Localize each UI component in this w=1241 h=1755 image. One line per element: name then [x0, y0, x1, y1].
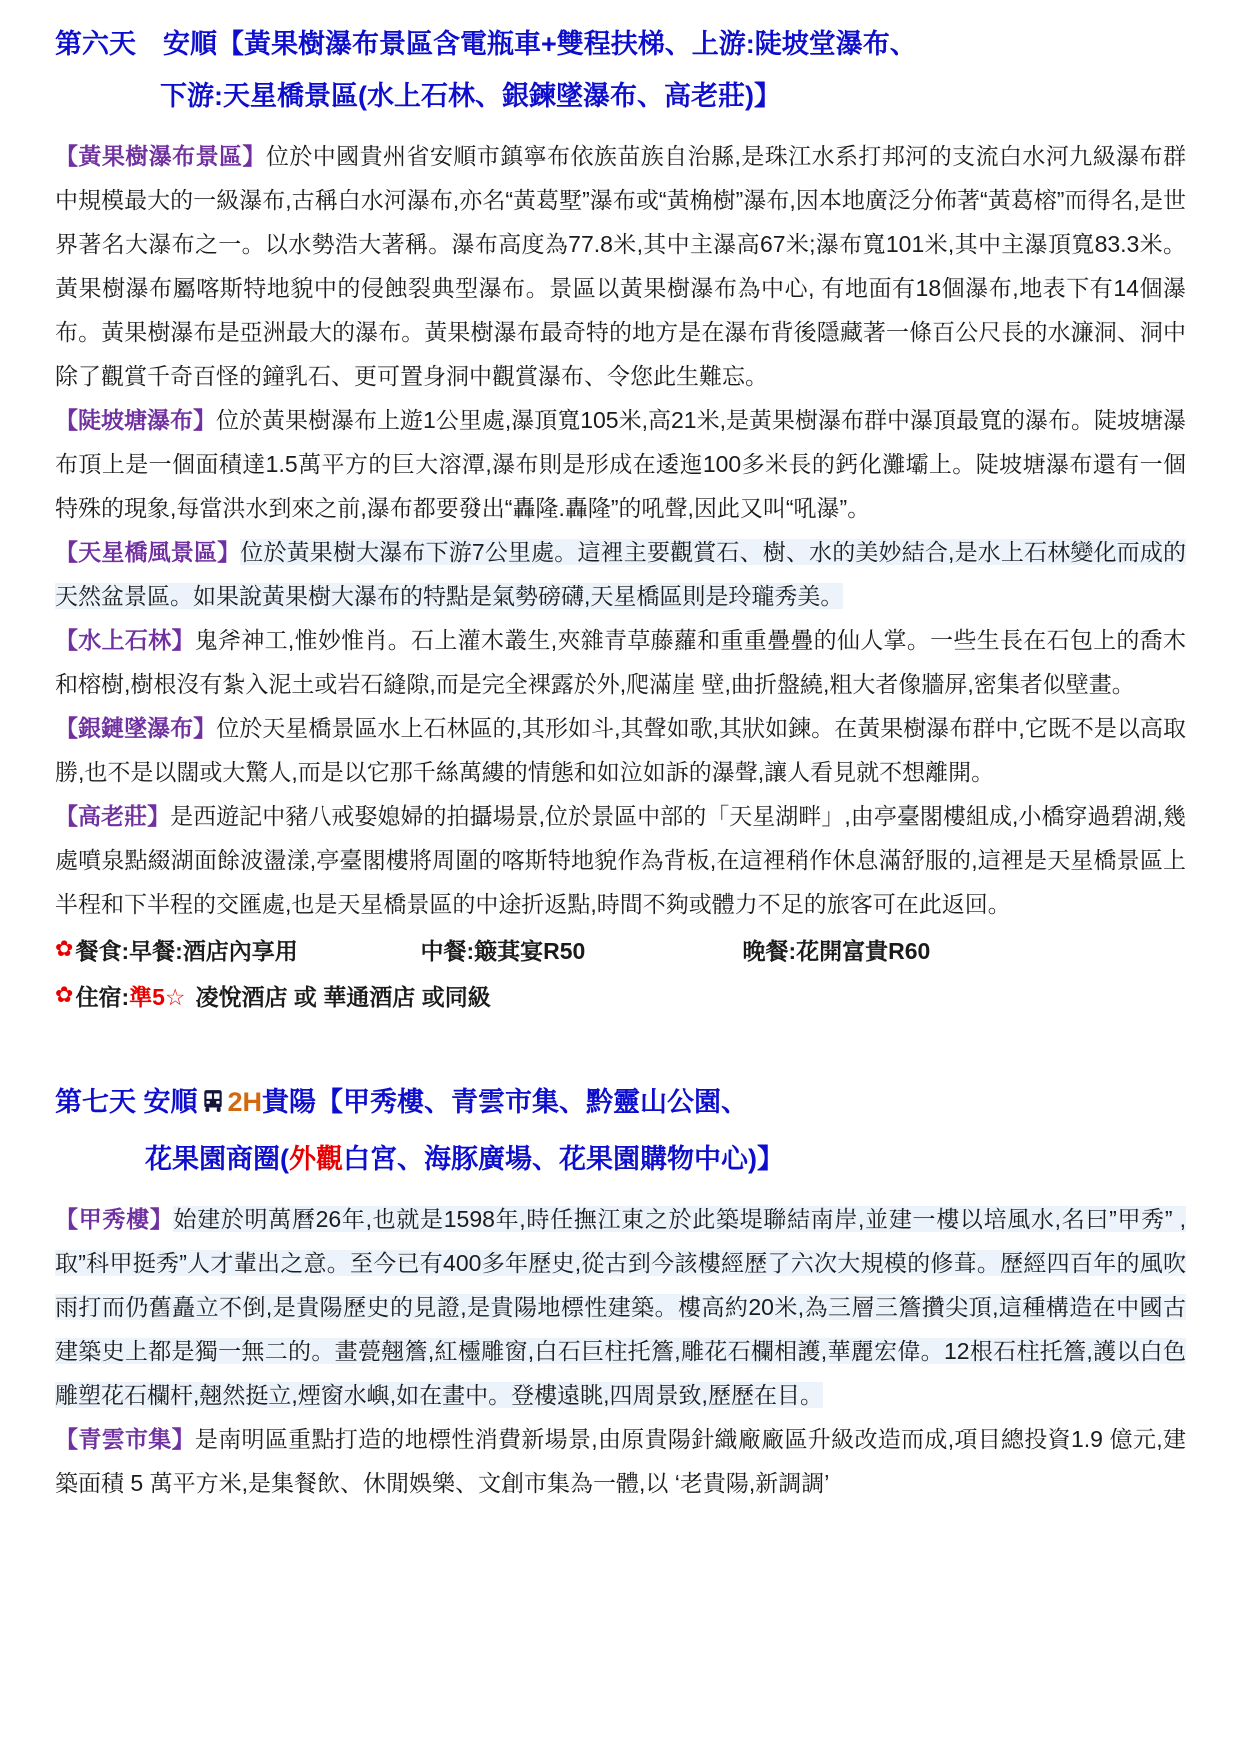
section-label: 【甲秀樓】 [55, 1206, 173, 1232]
meal-dinner: 晚餐:花開富貴R60 [742, 933, 930, 966]
section-label: 【天星橋風景區】 [55, 539, 240, 565]
day7-title-line1: 第七天 安順2H貴陽【甲秀樓、青雲市集、黔靈山公園、 [55, 1082, 1186, 1125]
section-text: 是西遊記中豬八戒娶媳婦的拍攝場景,位於景區中部的「天星湖畔」,由亭臺閣樓組成,小… [55, 803, 1186, 917]
day7-heading: 第七天 安順2H貴陽【甲秀樓、青雲市集、黔靈山公園、 花果園商圈(外觀白宮、海豚… [55, 1082, 1186, 1179]
day7-title-post: 貴陽【甲秀樓、青雲市集、黔靈山公園、 [262, 1087, 748, 1117]
section-label: 【銀鏈墜瀑布】 [55, 715, 216, 741]
section-text: 位於中國貴州省安順市鎮寧布依族苗族自治縣,是珠江水系打邦河的支流白水河九級瀑布群… [55, 143, 1186, 389]
day7-transfer-duration: 2H [228, 1087, 263, 1117]
section-huangguoshu: 【黃果樹瀑布景區】位於中國貴州省安順市鎮寧布依族苗族自治縣,是珠江水系打邦河的支… [55, 134, 1186, 398]
section-label: 【高老莊】 [55, 803, 170, 829]
section-text: 始建於明萬曆26年,也就是1598年,時任撫江東之於此築堤聯結南岸,並建一樓以培… [55, 1206, 1186, 1408]
day7-line2-exterior-note: 外觀 [289, 1144, 343, 1174]
section-label: 【水上石林】 [55, 627, 195, 653]
day7-line2-post: 白宮、海豚廣場、花果園購物中心)】 [343, 1144, 784, 1174]
day7-line2-pre: 花果園商圈( [145, 1144, 289, 1174]
section-tianxingqiao: 【天星橋風景區】位於黃果樹大瀑布下游7公里處。這裡主要觀賞石、樹、水的美妙結合,… [55, 530, 1186, 618]
flower-bullet-icon: ✿ [55, 982, 73, 1008]
meal-lunch: 中餐:簸萁宴R50 [420, 933, 742, 966]
day6-title-line1: 第六天 安順【黃果樹瀑布景區含電瓶車+雙程扶梯、上游:陡坡堂瀑布、 [55, 24, 1186, 64]
section-text: 是南明區重點打造的地標性消費新場景,由原貴陽針織廠廠區升級改造而成,項目總投資1… [55, 1426, 1186, 1496]
bus-icon [200, 1085, 226, 1125]
section-text: 鬼斧神工,惟妙惟肖。石上灌木叢生,夾雜青草藤蘿和重重疊疊的仙人掌。一些生長在石包… [55, 627, 1186, 697]
lodging-label: 住宿: [75, 979, 129, 1012]
meals-line: ✿ 餐食:早餐:酒店內享用 中餐:簸萁宴R50 晚餐:花開富貴R60 [55, 926, 1186, 972]
day7-title: 第七天 安順2H貴陽【甲秀樓、青雲市集、黔靈山公園、 花果園商圈(外觀白宮、海豚… [55, 1082, 1186, 1179]
lodging-line: ✿ 住宿: 準5☆ 凌悅酒店 或 華通酒店 或同級 [55, 972, 1186, 1018]
day7-title-line2: 花果園商圈(外觀白宮、海豚廣場、花果園購物中心)】 [55, 1139, 1186, 1179]
lodging-hotels: 凌悅酒店 或 華通酒店 或同級 [196, 979, 491, 1012]
section-jiaxiulou: 【甲秀樓】始建於明萬曆26年,也就是1598年,時任撫江東之於此築堤聯結南岸,並… [55, 1197, 1186, 1417]
section-yinlianzhui: 【銀鏈墜瀑布】位於天星橋景區水上石林區的,其形如斗,其聲如歌,其狀如鍊。在黃果樹… [55, 706, 1186, 794]
day7-title-pre: 第七天 安順 [55, 1087, 198, 1117]
section-label: 【黃果樹瀑布景區】 [55, 143, 266, 169]
itinerary-page: 第六天 安順【黃果樹瀑布景區含電瓶車+雙程扶梯、上游:陡坡堂瀑布、 下游:天星橋… [0, 0, 1241, 1505]
day6-title-line2: 下游:天星橋景區(水上石林、銀鍊墜瀑布、高老莊)】 [55, 76, 1186, 116]
day6-title: 第六天 安順【黃果樹瀑布景區含電瓶車+雙程扶梯、上游:陡坡堂瀑布、 下游:天星橋… [55, 24, 1186, 116]
meal-breakfast: 餐食:早餐:酒店內享用 [75, 933, 420, 966]
section-gaolaozhuang: 【高老莊】是西遊記中豬八戒娶媳婦的拍攝場景,位於景區中部的「天星湖畔」,由亭臺閣… [55, 794, 1186, 926]
section-qingyunshiji: 【青雲市集】是南明區重點打造的地標性消費新場景,由原貴陽針織廠廠區升級改造而成,… [55, 1417, 1186, 1505]
lodging-grade: 準5☆ [129, 979, 185, 1012]
section-text: 位於黃果樹瀑布上遊1公里處,瀑頂寬105米,高21米,是黃果樹瀑布群中瀑頂最寬的… [55, 407, 1186, 521]
section-shuishangshilin: 【水上石林】鬼斧神工,惟妙惟肖。石上灌木叢生,夾雜青草藤蘿和重重疊疊的仙人掌。一… [55, 618, 1186, 706]
section-label: 【陡坡塘瀑布】 [55, 407, 216, 433]
section-text: 位於天星橋景區水上石林區的,其形如斗,其聲如歌,其狀如鍊。在黃果樹瀑布群中,它既… [55, 715, 1186, 785]
section-doupotang: 【陡坡塘瀑布】位於黃果樹瀑布上遊1公里處,瀑頂寬105米,高21米,是黃果樹瀑布… [55, 398, 1186, 530]
section-label: 【青雲市集】 [55, 1426, 195, 1452]
day6-heading: 第六天 安順【黃果樹瀑布景區含電瓶車+雙程扶梯、上游:陡坡堂瀑布、 下游:天星橋… [55, 24, 1186, 116]
flower-bullet-icon: ✿ [55, 936, 73, 962]
